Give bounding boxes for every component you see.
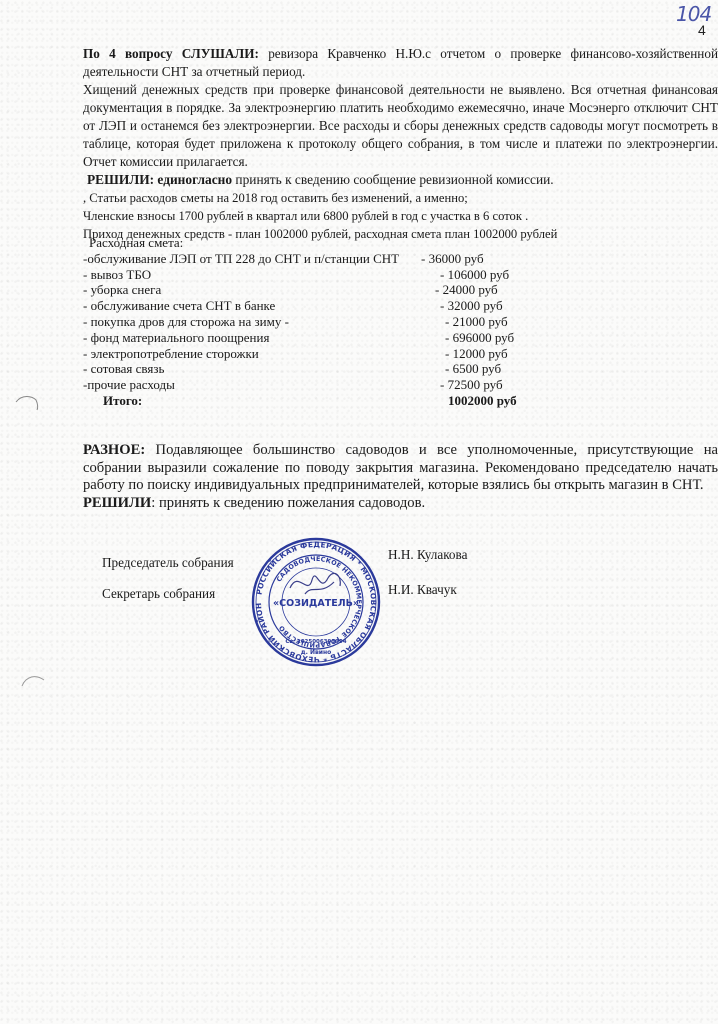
decision-text: принять к сведению сообщение ревизионной… xyxy=(232,172,554,187)
budget-item-amount: - 106000 руб xyxy=(440,267,509,283)
expense-budget: Расходная смета: -обслуживание ЛЭП от ТП… xyxy=(83,235,543,409)
section-4-lead: По 4 вопросу СЛУШАЛИ: ревизора Кравченко… xyxy=(83,45,718,81)
secretary-role: Секретарь собрания xyxy=(102,586,215,602)
budget-item-amount: - 72500 руб xyxy=(440,377,503,393)
section-4-heading: По 4 вопросу СЛУШАЛИ: xyxy=(83,46,259,61)
chair-role: Председатель собрания xyxy=(102,555,234,571)
budget-item-label: - покупка дров для сторожа на зиму - xyxy=(83,314,289,330)
misc-paragraph: РАЗНОЕ: Подавляющее большинство садоводо… xyxy=(83,442,718,495)
budget-header: Расходная смета: xyxy=(83,235,183,251)
budget-item-amount: - 36000 руб xyxy=(421,251,484,267)
audit-report-text: Хищений денежных средств при проверке фи… xyxy=(83,81,718,171)
budget-total-row: Итого: 1002000 руб xyxy=(83,393,543,409)
budget-row: - покупка дров для сторожа на зиму -- 21… xyxy=(83,314,543,330)
decision-heading: РЕШИЛИ: единогласно xyxy=(87,172,232,187)
budget-item-label: - электропотребление сторожки xyxy=(83,346,259,362)
misc-decision-text: : принять к сведению пожелания садоводов… xyxy=(151,495,425,511)
stamp-reg-number: Св. 1025006393994 xyxy=(285,639,346,645)
budget-item-amount: - 6500 руб xyxy=(445,361,501,377)
document-page: 104 4 По 4 вопросу СЛУШАЛИ: ревизора Кра… xyxy=(0,0,718,1024)
budget-item-amount: - 24000 руб xyxy=(435,282,498,298)
budget-item-amount: - 12000 руб xyxy=(445,346,508,362)
budget-item-label: - уборка снега xyxy=(83,282,161,298)
misc-decision-heading: РЕШИЛИ xyxy=(83,495,151,511)
budget-item-label: -обслуживание ЛЭП от ТП 228 до СНТ и п/с… xyxy=(83,251,399,267)
section-4-decision: РЕШИЛИ: единогласно принять к сведению с… xyxy=(83,171,718,189)
page-number: 4 xyxy=(698,22,706,38)
stamp-village: д. Ивино xyxy=(301,649,332,656)
total-label: Итого: xyxy=(83,393,142,409)
misc-heading: РАЗНОЕ: xyxy=(83,442,145,458)
budget-row: - фонд материального поощрения- 696000 р… xyxy=(83,330,543,346)
handwritten-signature xyxy=(290,573,340,594)
stamp-center-text: «СОЗИДАТЕЛЬ» xyxy=(273,598,359,609)
misc-text: Подавляющее большинство садоводов и все … xyxy=(83,442,718,493)
chair-name: Н.Н. Кулакова xyxy=(388,547,467,563)
budget-row: - уборка снега- 24000 руб xyxy=(83,282,543,298)
budget-item-label: - сотовая связь xyxy=(83,361,164,377)
secretary-name: Н.И. Квачук xyxy=(388,582,457,598)
budget-row: - сотовая связь- 6500 руб xyxy=(83,361,543,377)
budget-item-label: - обслуживание счета СНТ в банке xyxy=(83,298,275,314)
budget-item-amount: - 32000 руб xyxy=(440,298,503,314)
organization-stamp: РОССИЙСКАЯ ФЕДЕРАЦИЯ * МОСКОВСКАЯ ОБЛАСТ… xyxy=(250,536,382,668)
membership-fees-line: Членские взносы 1700 рублей в квартал ил… xyxy=(83,207,718,225)
budget-row: -прочие расходы- 72500 руб xyxy=(83,377,543,393)
budget-item-amount: - 21000 руб xyxy=(445,314,508,330)
budget-row: - вывоз ТБО- 106000 руб xyxy=(83,267,543,283)
margin-mark-bottom xyxy=(20,670,48,690)
margin-mark-top xyxy=(14,392,42,412)
budget-item-label: - вывоз ТБО xyxy=(83,267,151,283)
budget-row: - электропотребление сторожки- 12000 руб xyxy=(83,346,543,362)
articles-line: , Статьи расходов сметы на 2018 год оста… xyxy=(83,189,718,207)
budget-header-row: Расходная смета: xyxy=(83,235,543,251)
budget-item-label: -прочие расходы xyxy=(83,377,175,393)
budget-row: -обслуживание ЛЭП от ТП 228 до СНТ и п/с… xyxy=(83,251,543,267)
misc-section: РАЗНОЕ: Подавляющее большинство садоводо… xyxy=(83,442,718,512)
total-amount: 1002000 руб xyxy=(448,393,517,409)
budget-item-label: - фонд материального поощрения xyxy=(83,330,269,346)
budget-row: - обслуживание счета СНТ в банке- 32000 … xyxy=(83,298,543,314)
misc-decision: РЕШИЛИ: принять к сведению пожелания сад… xyxy=(83,495,718,513)
section-4: По 4 вопросу СЛУШАЛИ: ревизора Кравченко… xyxy=(83,45,718,243)
budget-item-amount: - 696000 руб xyxy=(445,330,514,346)
